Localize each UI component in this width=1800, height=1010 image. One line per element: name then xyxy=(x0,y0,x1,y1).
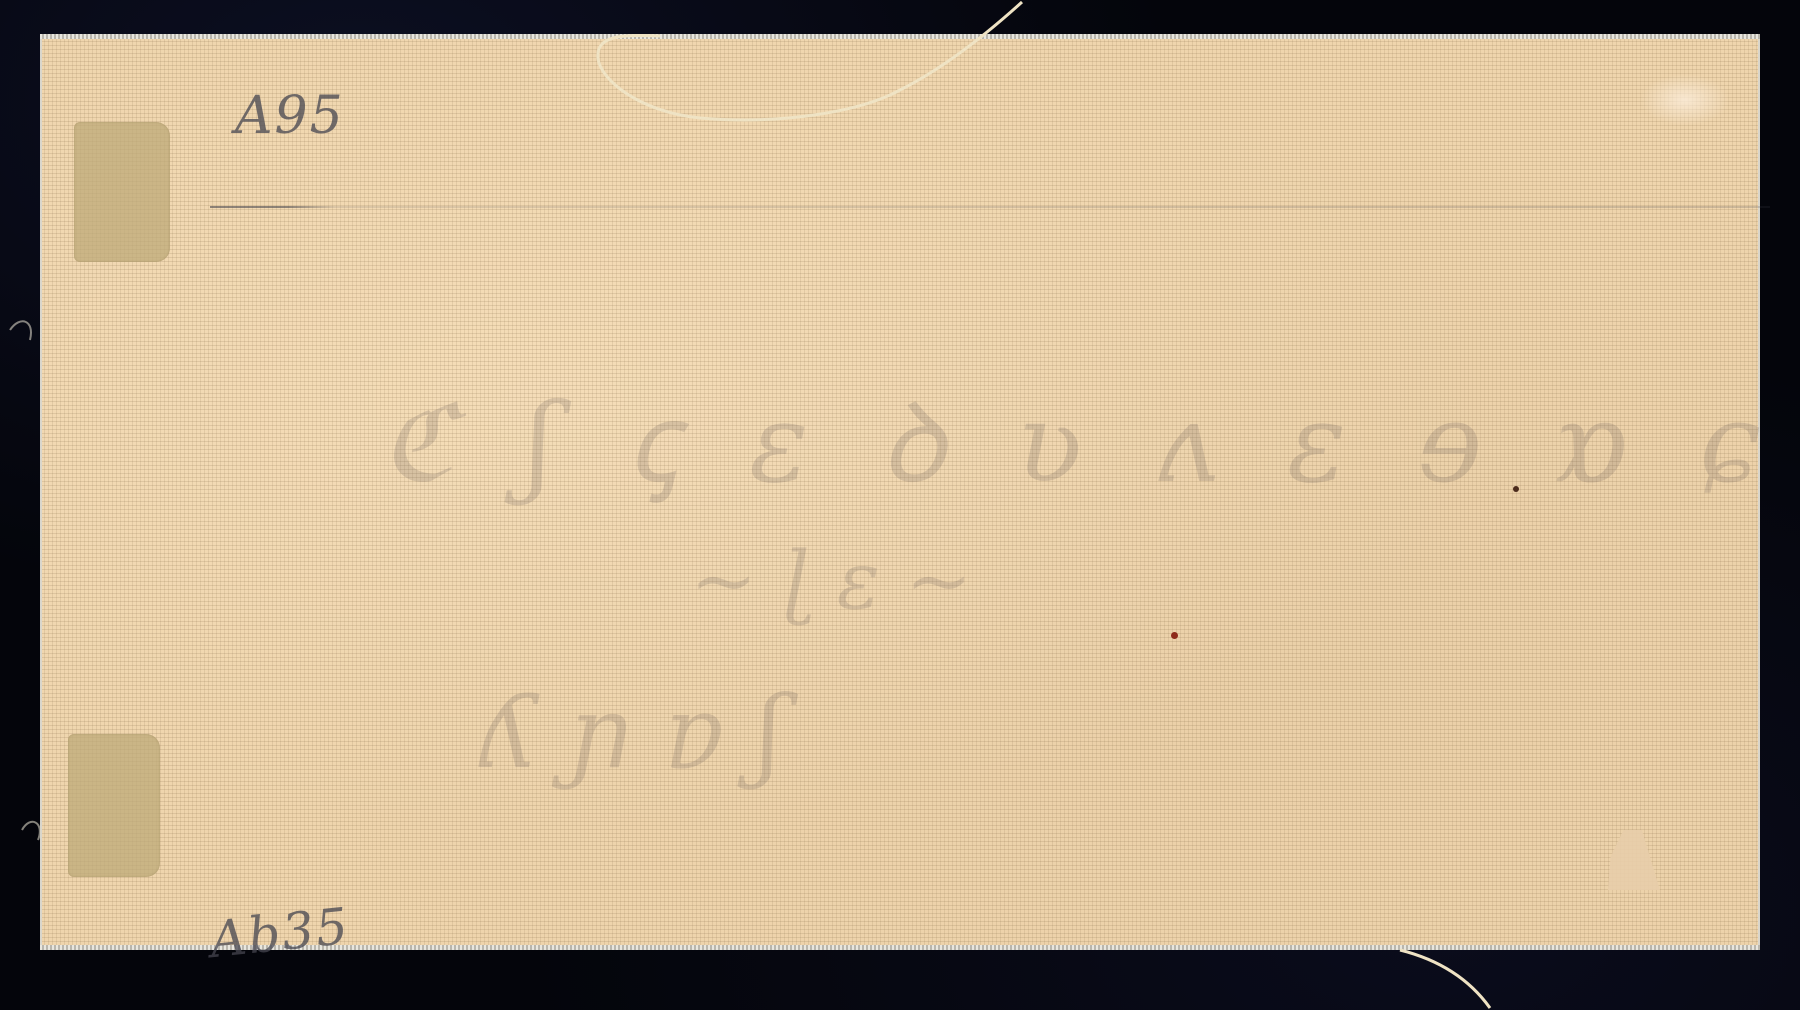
paper-remnant-top-right xyxy=(1640,74,1730,126)
show-through-writing-2: ~ ɭ ɛ ~ xyxy=(690,534,972,627)
show-through-writing-3: ʎ ɲ ɐ ʃ xyxy=(480,674,783,791)
show-through-writing-1: ℭ ʃ ꞔ ɛ ꝺ ʋ ʌ ɛ ɘ ɒ ɕ ꞇ xyxy=(380,364,1800,514)
frayed-edge-top xyxy=(40,34,1760,39)
dark-spot xyxy=(1513,486,1519,492)
paper-remnant-bottom-right xyxy=(1608,830,1660,890)
red-spot xyxy=(1171,632,1178,639)
pencil-note-top: A95 xyxy=(235,86,345,146)
stamp-hinge-bottom xyxy=(68,734,160,877)
ruled-line xyxy=(210,206,1770,208)
linen-backing: ℭ ʃ ꞔ ɛ ꝺ ʋ ʌ ɛ ɘ ɒ ɕ ꞇ ~ ɭ ɛ ~ ʎ ɲ ɐ ʃ … xyxy=(40,34,1760,950)
stamp-hinge-top xyxy=(74,122,170,262)
